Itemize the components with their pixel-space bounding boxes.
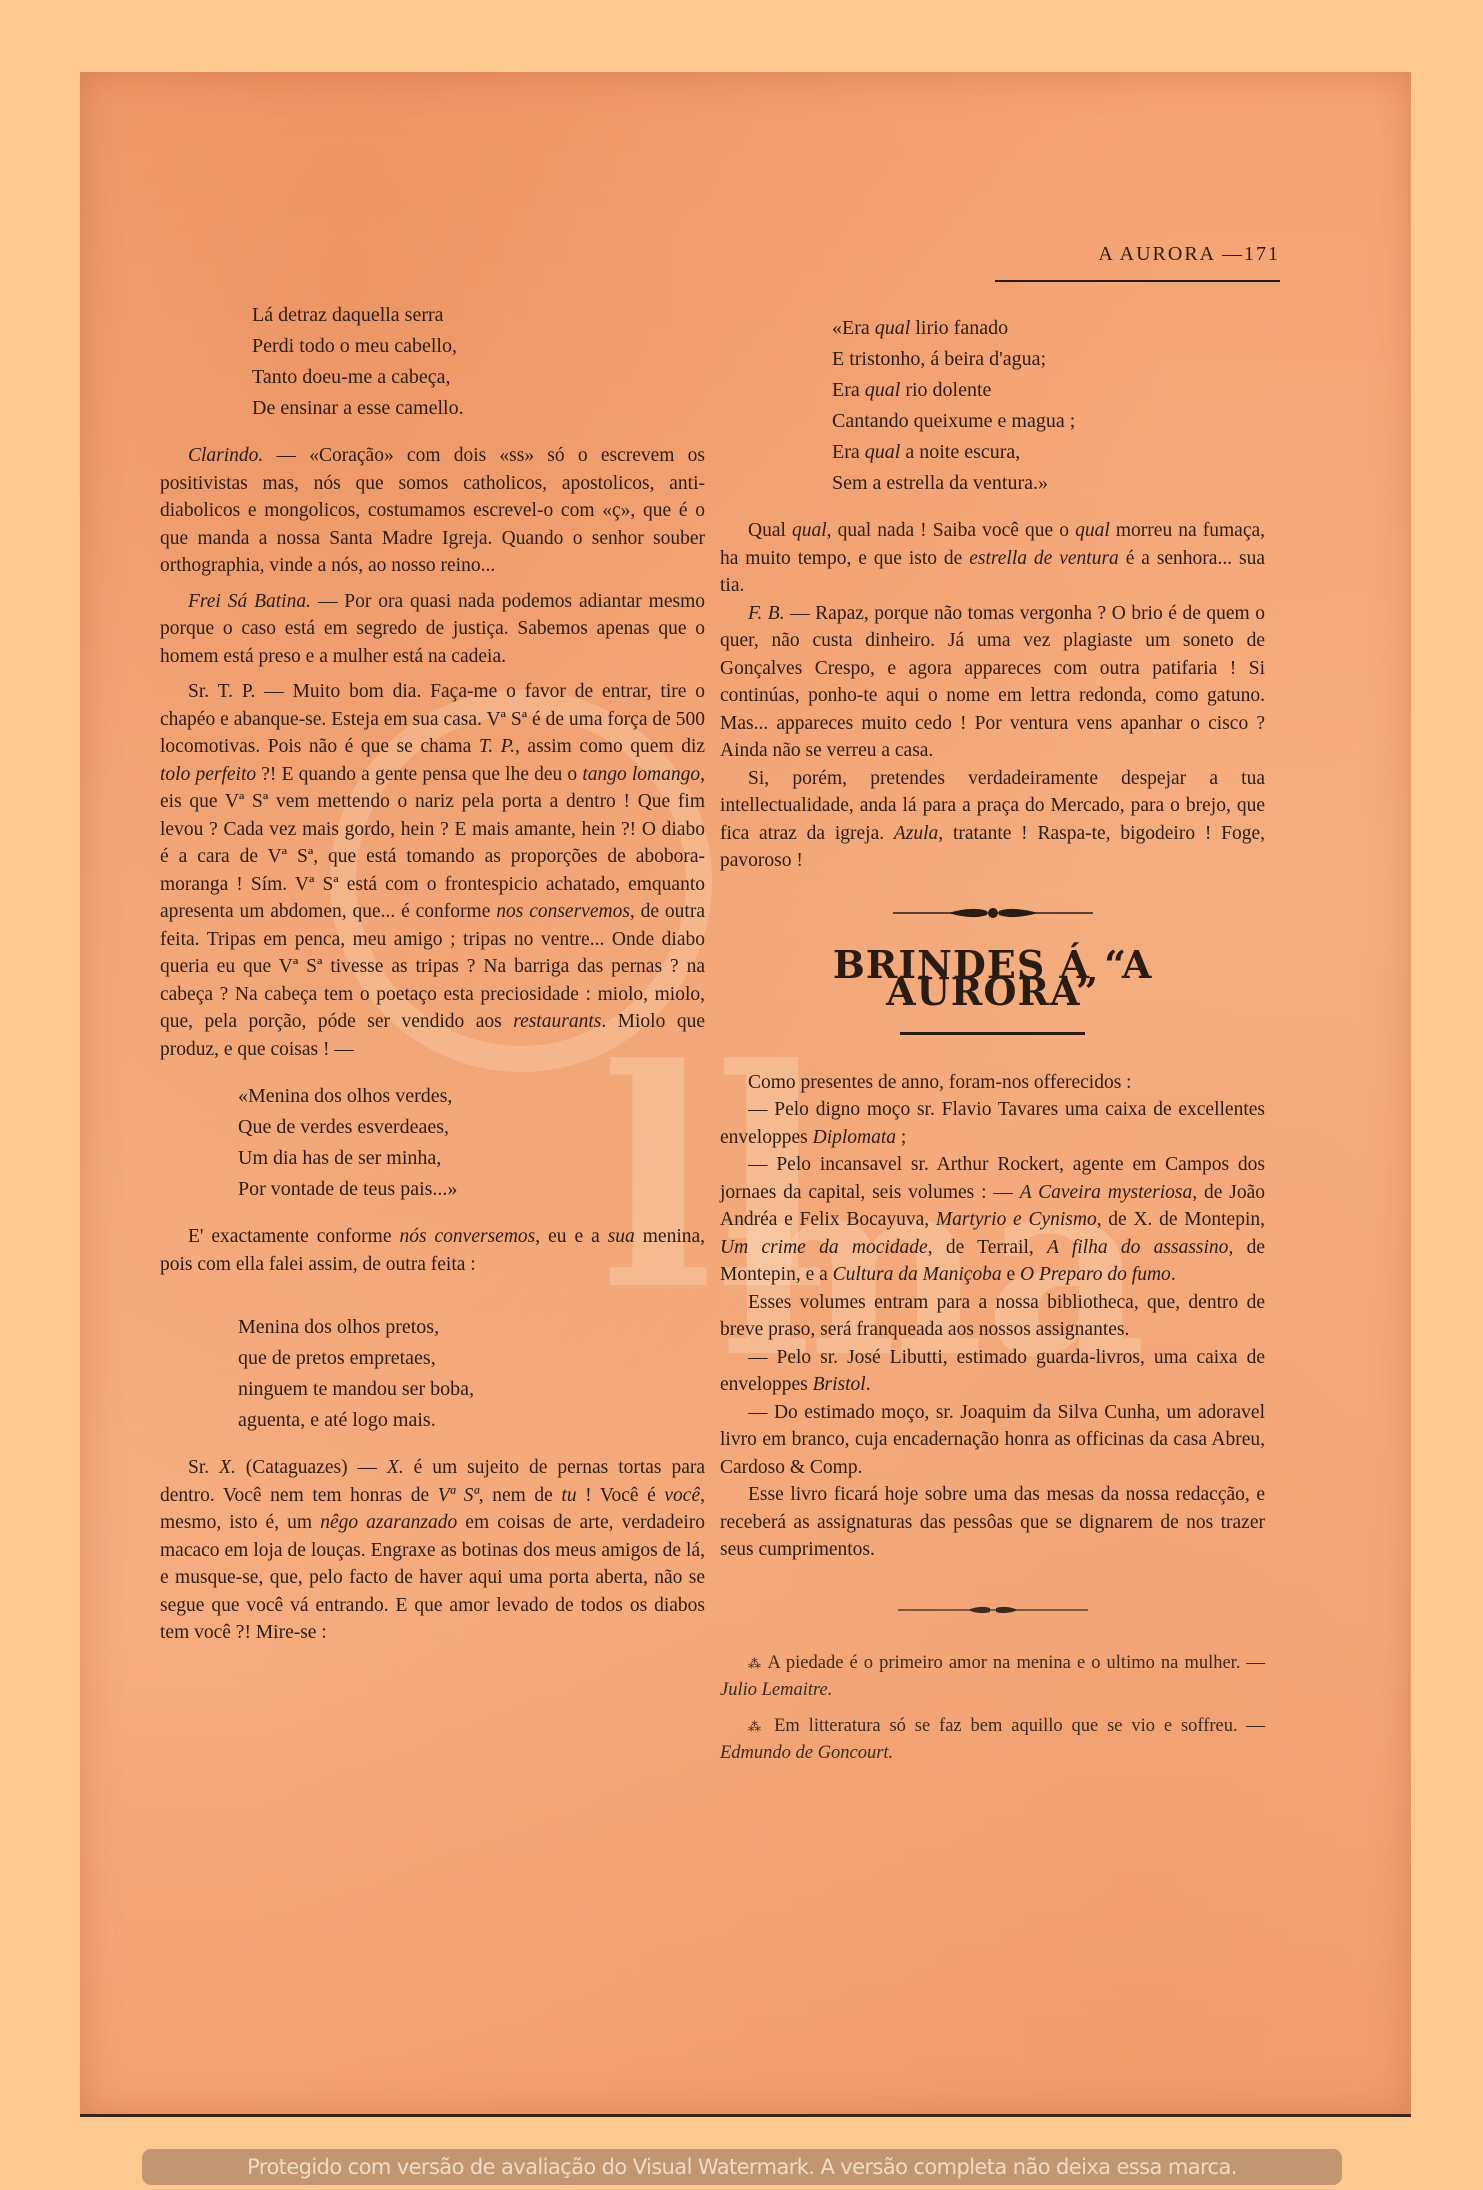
paragraph-si-porem: Si, porém, pretendes verdadeiramente des…: [720, 765, 1265, 875]
reply-frei-sa-batina: Frei Sá Batina. — Por ora quasi nada pod…: [160, 588, 705, 671]
brindes-item-arthur: — Pelo incansavel sr. Arthur Rockert, ag…: [720, 1151, 1265, 1289]
header-rule: [995, 280, 1280, 282]
brindes-intro: Como presentes de anno, foram-nos offere…: [720, 1069, 1265, 1097]
reply-fb: F. B. — Rapaz, porque não tomas vergonha…: [720, 600, 1265, 765]
poem-line: Perdi todo o meu cabello,: [252, 331, 705, 362]
brindes-livro: Esse livro ficará hoje sobre uma das mes…: [720, 1481, 1265, 1564]
correspondent-name: Clarindo.: [188, 445, 263, 466]
poem-olhos-verdes: «Menina dos olhos verdes, Que de verdes …: [160, 1081, 705, 1205]
poem-line: Um dia has de ser minha,: [238, 1143, 705, 1174]
left-column: Lá detraz daquella serra Perdi todo o me…: [160, 300, 705, 1647]
asterism-icon: ⁂: [748, 1719, 765, 1734]
running-header: A AURORA —171: [990, 243, 1280, 266]
poem-serra: Lá detraz daquella serra Perdi todo o me…: [160, 300, 705, 424]
reply-sr-x: Sr. X. (Cataguazes) — X. é um sujeito de…: [160, 1454, 705, 1647]
poem-line: Sem a estrella da ventura.»: [832, 468, 1265, 499]
poem-olhos-pretos: Menina dos olhos pretos, que de pretos e…: [160, 1312, 705, 1436]
poem-line: De ensinar a esse camello.: [252, 393, 705, 424]
brindes-volumes: Esses volumes entram para a nossa biblio…: [720, 1289, 1265, 1344]
maxim-goncourt: ⁂ Em litteratura só se faz bem aquillo q…: [720, 1713, 1265, 1768]
correspondent-name: Frei Sá Batina.: [188, 591, 311, 612]
poem-line: Por vontade de teus pais...»: [238, 1174, 705, 1205]
poem-line: Cantando queixume e magua ;: [832, 406, 1265, 437]
brindes-item-flavio: — Pelo digno moço sr. Flavio Tavares uma…: [720, 1096, 1265, 1151]
reply-clarindo: Clarindo. — «Coração» com dois «ss» só o…: [160, 442, 705, 580]
section-title: BRINDES Á “A AURORA”: [720, 951, 1265, 1006]
asterism-icon: ⁂: [748, 1656, 762, 1671]
poem-line: Era qual a noite escura,: [832, 437, 1265, 468]
ornament-divider-icon: [720, 905, 1265, 921]
reply-sr-tp: Sr. T. P. — Muito bom dia. Faça-me o fav…: [160, 678, 705, 1063]
poem-line: «Era qual lirio fanado: [832, 313, 1265, 344]
poem-line: Era qual rio dolente: [832, 375, 1265, 406]
poem-line: E tristonho, á beira d'agua;: [832, 344, 1265, 375]
poem-line: ninguem te mandou ser boba,: [238, 1374, 705, 1405]
poem-line: aguenta, e até logo mais.: [238, 1405, 705, 1436]
poem-line: que de pretos empretaes,: [238, 1343, 705, 1374]
poem-line: Menina dos olhos pretos,: [238, 1312, 705, 1343]
poem-line: Lá detraz daquella serra: [252, 300, 705, 331]
watermark-notice: Protegido com versão de avaliação do Vis…: [142, 2149, 1342, 2185]
page-edge-line: [80, 2114, 1411, 2117]
right-column: «Era qual lirio fanado E tristonho, á be…: [720, 313, 1265, 1768]
poem-line: Que de verdes esverdeaes,: [238, 1112, 705, 1143]
brindes-item-libutti: — Pelo sr. José Libutti, estimado guarda…: [720, 1344, 1265, 1399]
paragraph-exactamente: E' exactamente conforme nós conversemos,…: [160, 1223, 705, 1278]
paragraph-qual: Qual qual, qual nada ! Saiba você que o …: [720, 517, 1265, 600]
ornament-divider-icon: [720, 1604, 1265, 1616]
brindes-item-cunha: — Do estimado moço, sr. Joaquim da Silva…: [720, 1399, 1265, 1482]
maxim-lemaitre: ⁂ A piedade é o primeiro amor na menina …: [720, 1650, 1265, 1705]
poem-line: «Menina dos olhos verdes,: [238, 1081, 705, 1112]
correspondent-name: F. B.: [748, 603, 785, 624]
poem-qual: «Era qual lirio fanado E tristonho, á be…: [720, 313, 1265, 499]
poem-line: Tanto doeu-me a cabeça,: [252, 362, 705, 393]
